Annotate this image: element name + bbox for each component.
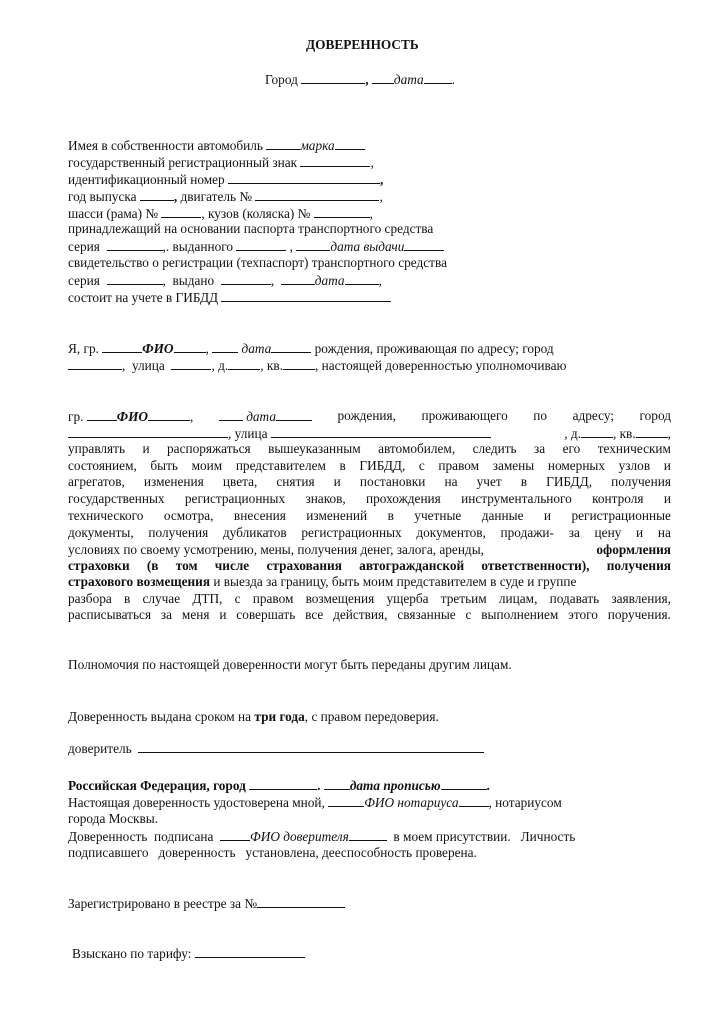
tariff-blank[interactable]: [195, 945, 305, 958]
cert-date-blank-a[interactable]: [281, 272, 315, 285]
agent-fio-blank-b[interactable]: [148, 408, 190, 421]
principal-line-2: , улица , д., кв., настоящей доверенност…: [68, 357, 566, 374]
pts-date-blank-a[interactable]: [296, 238, 330, 251]
gibdd-blank[interactable]: [221, 289, 391, 302]
date-blank-a[interactable]: [372, 71, 394, 84]
brand-placeholder: марка: [300, 138, 334, 153]
term-line: Доверенность выдана сроком на три года, …: [68, 709, 439, 725]
city-blank[interactable]: [301, 71, 365, 84]
notary-moscow-line: города Москвы.: [68, 811, 158, 827]
pts-series-line: серия ,. выданного , дата выдачи: [68, 238, 444, 255]
powers-line: техническогоосмотра,внесенияизмененийвуч…: [68, 508, 671, 524]
principal-dob-blank-b[interactable]: [271, 340, 311, 353]
insurance-line-4: разборавслучаеДТП,справомвозмещенияущерб…: [68, 591, 671, 607]
year-blank[interactable]: [140, 188, 174, 201]
pts-line: принадлежащий на основании паспорта тран…: [68, 221, 433, 237]
powers-line: государственныхрегистрационныхзнаков,про…: [68, 491, 671, 507]
city-date-line: Город , дата.: [265, 71, 455, 88]
delegation-note: Полномочия по настоящей доверенности мог…: [68, 657, 512, 673]
vehicle-owns-line: Имея в собственности автомобиль марка: [68, 137, 365, 154]
pts-date-blank-b[interactable]: [404, 238, 444, 251]
powers-line: агрегатов,измененияцвета,снятияипостанов…: [68, 474, 671, 490]
reg-cert-line: свидетельство о регистрации (техпаспорт)…: [68, 255, 447, 271]
agent-fio-placeholder: ФИО: [117, 409, 148, 424]
principal-fio-placeholder: ФИО: [142, 341, 173, 356]
chassis-body-line: шасси (рама) № , кузов (коляска) № ,: [68, 205, 373, 222]
notary-city-blank[interactable]: [249, 777, 317, 790]
notary-date-blank-b[interactable]: [441, 777, 487, 790]
grantor-fio-placeholder: ФИО доверителя: [250, 829, 349, 844]
notary-identity-line: подписавшего доверенность установлена, д…: [68, 845, 477, 861]
agent-house-blank[interactable]: [581, 425, 613, 438]
agent-flat-blank[interactable]: [636, 425, 668, 438]
principal-fio-blank-b[interactable]: [174, 340, 206, 353]
insurance-line-1: условиях по своему усмотрению, мены, пол…: [68, 542, 671, 558]
principal-house-blank[interactable]: [228, 357, 260, 370]
insurance-line-2: страховки(втомчислестрахованияавтогражда…: [68, 558, 671, 574]
pts-issuer-blank[interactable]: [236, 238, 286, 251]
grantor-fio-blank-a[interactable]: [220, 828, 250, 841]
agent-city-blank[interactable]: [68, 425, 228, 438]
brand-blank-b[interactable]: [335, 137, 365, 150]
document-title: ДОВЕРЕННОСТЬ: [306, 37, 419, 53]
agent-line-1: гр. ФИО, дата рождения, проживающего по …: [68, 408, 671, 425]
pts-series-blank[interactable]: [107, 238, 163, 251]
year-engine-line: год выпуска , двигатель № ,: [68, 188, 383, 205]
reg-plate-line: государственный регистрационный знак ,: [68, 154, 374, 171]
engine-blank[interactable]: [255, 188, 379, 201]
notary-fio-placeholder: ФИО нотариуса: [364, 795, 458, 810]
grantor-line: доверитель: [68, 740, 484, 757]
notary-fio-blank-b[interactable]: [459, 794, 489, 807]
registry-number-blank[interactable]: [257, 895, 345, 908]
principal-fio-blank-a[interactable]: [102, 340, 142, 353]
grantor-fio-blank-b[interactable]: [349, 828, 387, 841]
agent-street-blank[interactable]: [271, 425, 491, 438]
agent-dob-blank-a[interactable]: [219, 408, 243, 421]
grantor-signature-blank[interactable]: [138, 740, 484, 753]
date-blank-b[interactable]: [424, 71, 452, 84]
principal-dob-blank-a[interactable]: [212, 340, 238, 353]
reg-plate-blank[interactable]: [300, 154, 370, 167]
date-placeholder: дата: [394, 72, 424, 84]
cert-date-placeholder: дата: [315, 273, 345, 288]
insurance-line-3: страхового возмещения и выезда за границ…: [68, 574, 671, 590]
registry-line: Зарегистрировано в реестре за №: [68, 895, 345, 912]
brand-blank-a[interactable]: [266, 137, 300, 150]
principal-street-blank[interactable]: [171, 357, 211, 370]
insurance-line-5: расписыватьсязаменяисовершатьвседействия…: [68, 607, 671, 623]
powers-line: состоянием,бытьмоимпредставителемвГИБДД,…: [68, 458, 671, 474]
notary-signed-line: Доверенность подписана ФИО доверителя в …: [68, 828, 575, 845]
chassis-blank[interactable]: [161, 205, 201, 218]
notary-rf-line: Российская Федерация, город . дата пропи…: [68, 777, 490, 794]
cert-issuer-blank[interactable]: [221, 272, 271, 285]
cert-series-line: серия , выдано , дата,: [68, 272, 382, 289]
vin-line: идентификационный номер ,: [68, 171, 383, 188]
principal-city-blank[interactable]: [68, 357, 122, 370]
tariff-line: Взыскано по тарифу:: [72, 945, 305, 962]
powers-line: управлятьираспоряжатьсявышеуказаннымавто…: [68, 441, 671, 457]
gibdd-line: состоит на учете в ГИБДД: [68, 289, 391, 306]
agent-line-2: , улица , д., кв.,: [68, 425, 671, 442]
cert-series-blank[interactable]: [107, 272, 163, 285]
issue-date-placeholder: дата выдачи: [330, 239, 404, 254]
principal-line-1: Я, гр. ФИО, дата рождения, проживающая п…: [68, 340, 671, 357]
notary-certified-line: Настоящая доверенность удостоверена мной…: [68, 794, 671, 811]
agent-dob-placeholder: дата: [246, 409, 276, 424]
notary-fio-blank-a[interactable]: [328, 794, 364, 807]
agent-fio-blank-a[interactable]: [87, 408, 117, 421]
date-words-placeholder: дата прописью: [350, 778, 441, 793]
city-label: Город: [265, 72, 298, 87]
principal-flat-blank[interactable]: [283, 357, 315, 370]
body-blank[interactable]: [314, 205, 370, 218]
notary-date-blank-a[interactable]: [324, 777, 350, 790]
vin-blank[interactable]: [228, 171, 380, 184]
cert-date-blank-b[interactable]: [345, 272, 379, 285]
principal-dob-placeholder: дата: [242, 341, 272, 356]
agent-dob-blank-b[interactable]: [276, 408, 312, 421]
powers-line: документы,получениядубликатоврегистрацио…: [68, 525, 671, 541]
